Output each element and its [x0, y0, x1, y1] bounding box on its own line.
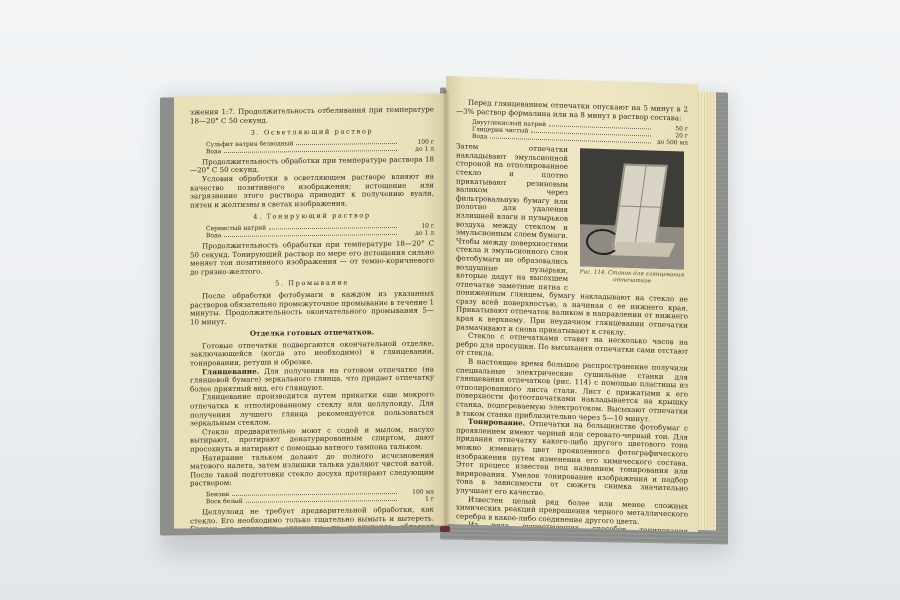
right-page-text: Перед глянцеванием отпечатки опускают на… — [456, 98, 688, 532]
paragraph: После обработки фотобумаги в каждом из у… — [190, 289, 434, 326]
glossing-press-photo — [580, 148, 684, 269]
section-heading-washing: 5. Промывание — [190, 278, 434, 290]
left-page: зжения 1:7. Продолжительность отбеливани… — [174, 93, 448, 528]
recipe-clearing: Сульфит натрия безводный100 г Водадо 1 л — [206, 138, 434, 155]
paragraph: Глянцевание производится путем прикатки … — [190, 391, 434, 428]
left-page-text: зжения 1:7. Продолжительность отбеливани… — [190, 105, 434, 528]
figure-114: Рис. 114. Станок для глянцевания отпечат… — [576, 148, 688, 286]
recipe-row: Водадо 1 л — [206, 229, 434, 239]
headband — [440, 526, 450, 532]
paragraph: Натирание тальком делают до полного исче… — [190, 451, 434, 488]
recipe-wax: Бензин100 мл Воск белый1 г — [206, 488, 434, 505]
right-page: Перед глянцеванием отпечатки опускают на… — [446, 76, 698, 532]
paragraph: Целлулоид не требует предварительной обр… — [190, 505, 434, 528]
section-heading-finishing: Отделка готовых отпечатков. — [190, 328, 434, 340]
section-heading-clearing: 3. Осветляющий раствор — [190, 127, 434, 139]
paragraph: В настоящее время большое распространени… — [456, 357, 688, 424]
section-heading-toning: 4. Тонирующий раствор — [190, 211, 434, 223]
paragraph: Стекло предварительно моют с содой и мыл… — [190, 425, 434, 454]
paragraph: Продолжительность обработки при температ… — [190, 239, 434, 276]
recipe-row: Воск белый1 г — [206, 495, 434, 505]
paragraph-toning: Тонирование. Отпечатки на большинстве фо… — [456, 418, 688, 503]
paragraph: Условия обработки в осветляющем растворе… — [190, 172, 434, 209]
recipe-toning: Сернистый натрий10 г Водадо 1 л — [206, 222, 434, 239]
opening-line: зжения 1:7. Продолжительность отбеливани… — [190, 105, 434, 125]
book-gutter — [442, 90, 450, 530]
recipe-row: Водадо 1 л — [206, 145, 434, 155]
